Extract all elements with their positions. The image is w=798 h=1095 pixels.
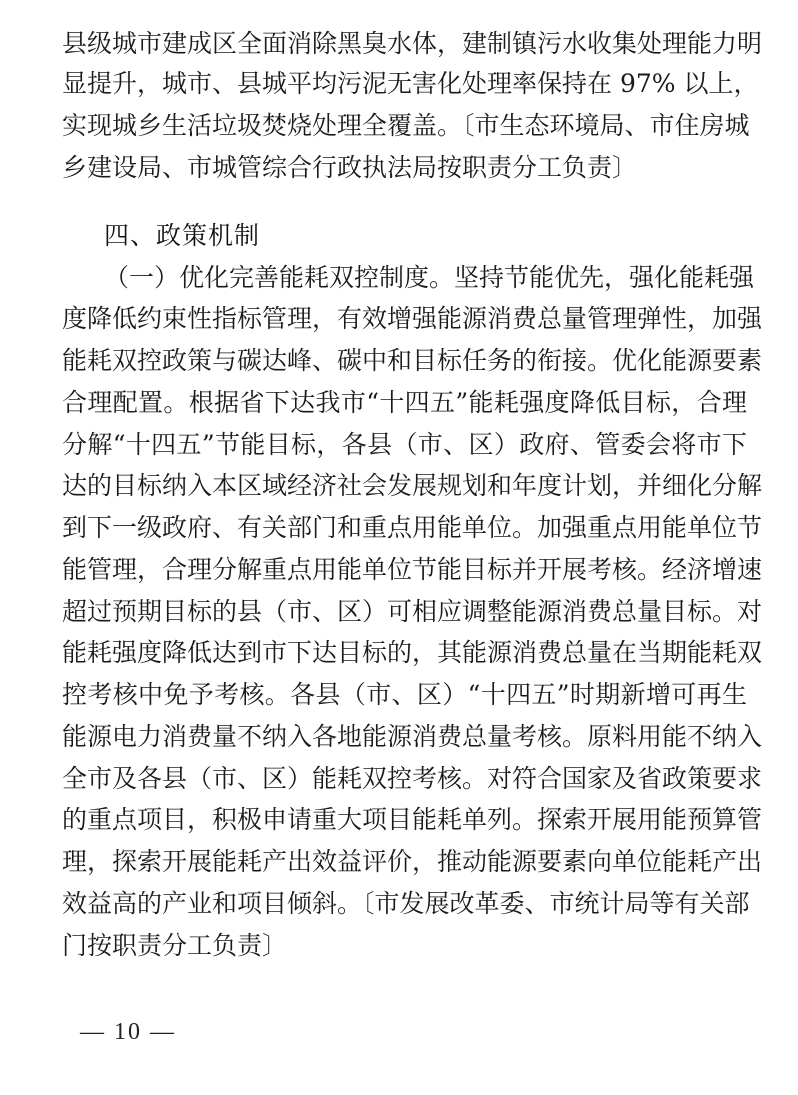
body-text-line: 能耗强度降低达到市下达目标的，其能源消费总量在当期能耗双 (62, 637, 747, 669)
body-text-line: 门按职责分工负责〕 (62, 930, 747, 962)
body-text-line: 能耗双控政策与碳达峰、碳中和目标任务的衔接。优化能源要素 (62, 345, 747, 377)
body-text-line: 能源电力消费量不纳入各地能源消费总量考核。原料用能不纳入 (62, 721, 747, 753)
body-text-line: 县级城市建成区全面消除黑臭水体，建制镇污水收集处理能力明 (62, 28, 747, 60)
body-text-line: （一）优化完善能耗双控制度。坚持节能优先，强化能耗强 (104, 262, 747, 294)
body-text-line: 理，探索开展能耗产出效益评价，推动能源要素向单位能耗产出 (62, 846, 747, 878)
body-text-line: 合理配置。根据省下达我市“十四五”能耗强度降低目标，合理 (62, 387, 747, 419)
section-heading: 四、政策机制 (104, 220, 260, 252)
body-text-line: 实现城乡生活垃圾焚烧处理全覆盖。〔市生态环境局、市住房城 (62, 110, 747, 142)
body-text-line: 控考核中免予考核。各县（市、区）“十四五”时期新增可再生 (62, 679, 747, 711)
body-text-line: 超过预期目标的县（市、区）可相应调整能源消费总量目标。对 (62, 596, 747, 628)
body-text-line: 全市及各县（市、区）能耗双控考核。对符合国家及省政策要求 (62, 763, 747, 795)
document-page: 县级城市建成区全面消除黑臭水体，建制镇污水收集处理能力明 显提升，城市、县城平均… (0, 0, 798, 1095)
body-text-line: 效益高的产业和项目倾斜。〔市发展改革委、市统计局等有关部 (62, 888, 747, 920)
body-text-line: 能管理，合理分解重点用能单位节能目标并开展考核。经济增速 (62, 554, 747, 586)
body-text-line: 显提升，城市、县城平均污泥无害化处理率保持在 97% 以上， (62, 68, 747, 100)
page-number: — 10 — (80, 1019, 176, 1046)
body-text-line: 乡建设局、市城管综合行政执法局按职责分工负责〕 (62, 152, 747, 184)
body-text-line: 到下一级政府、有关部门和重点用能单位。加强重点用能单位节 (62, 512, 747, 544)
body-text-line: 度降低约束性指标管理，有效增强能源消费总量管理弹性，加强 (62, 303, 747, 335)
body-text-line: 达的目标纳入本区域经济社会发展规划和年度计划，并细化分解 (62, 470, 747, 502)
body-text-line: 的重点项目，积极申请重大项目能耗单列。探索开展用能预算管 (62, 804, 747, 836)
body-text-line: 分解“十四五”节能目标，各县（市、区）政府、管委会将市下 (62, 429, 747, 461)
